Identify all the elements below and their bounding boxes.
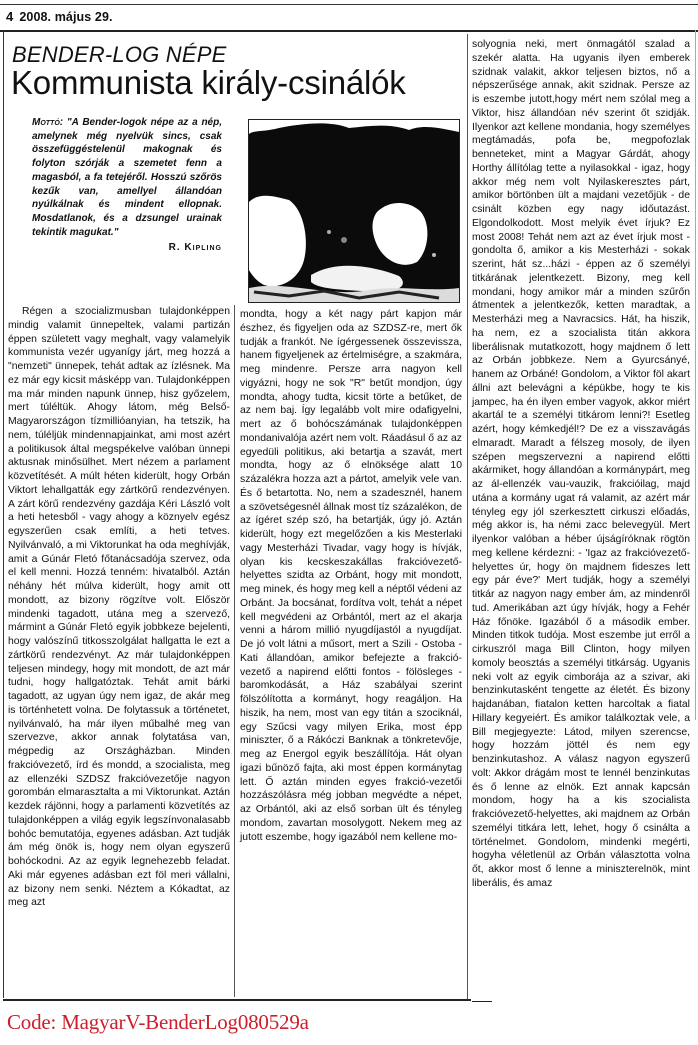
motto-label: Mottó: xyxy=(32,117,63,128)
article-column-left: Régen a szocializmusban tulajdonképpen m… xyxy=(8,305,230,910)
archive-code-label: Code: MagyarV-BenderLog080529a xyxy=(7,1010,309,1035)
header-rule xyxy=(0,30,698,32)
page-header: 42008. május 29. xyxy=(6,9,113,24)
issue-date: 2008. május 29. xyxy=(19,10,112,24)
article-column-right: solyognia neki, mert önmagától szalad a … xyxy=(472,38,690,891)
right-border xyxy=(695,30,696,720)
motto-quote: Mottó: "A Bender-logok népe az a nép, am… xyxy=(32,116,222,255)
body-text-right: solyognia neki, mert önmagától szalad a … xyxy=(472,38,690,891)
column-separator xyxy=(234,305,235,997)
body-text-middle: mondta, hogy a két nagy párt kapjon már … xyxy=(240,308,462,844)
photo-image-icon xyxy=(249,120,459,302)
motto-text: "A Bender-logok népe az a nép, amelynek … xyxy=(32,117,222,238)
article-photo xyxy=(248,119,460,303)
bottom-rule-right xyxy=(472,1001,492,1002)
motto-author: R. Kipling xyxy=(32,241,222,255)
body-text-left: Régen a szocializmusban tulajdonképpen m… xyxy=(8,305,230,910)
bottom-rule xyxy=(3,999,471,1001)
newspaper-page: 42008. május 29. BENDER-LOG NÉPE Kommuni… xyxy=(0,0,698,1045)
page-number: 4 xyxy=(6,9,13,24)
top-rule xyxy=(0,4,698,5)
column-separator xyxy=(467,34,468,999)
left-border xyxy=(3,30,4,998)
article-column-middle: mondta, hogy a két nagy párt kapjon már … xyxy=(240,308,462,844)
article-headline: Kommunista király-csinálók xyxy=(11,64,406,102)
